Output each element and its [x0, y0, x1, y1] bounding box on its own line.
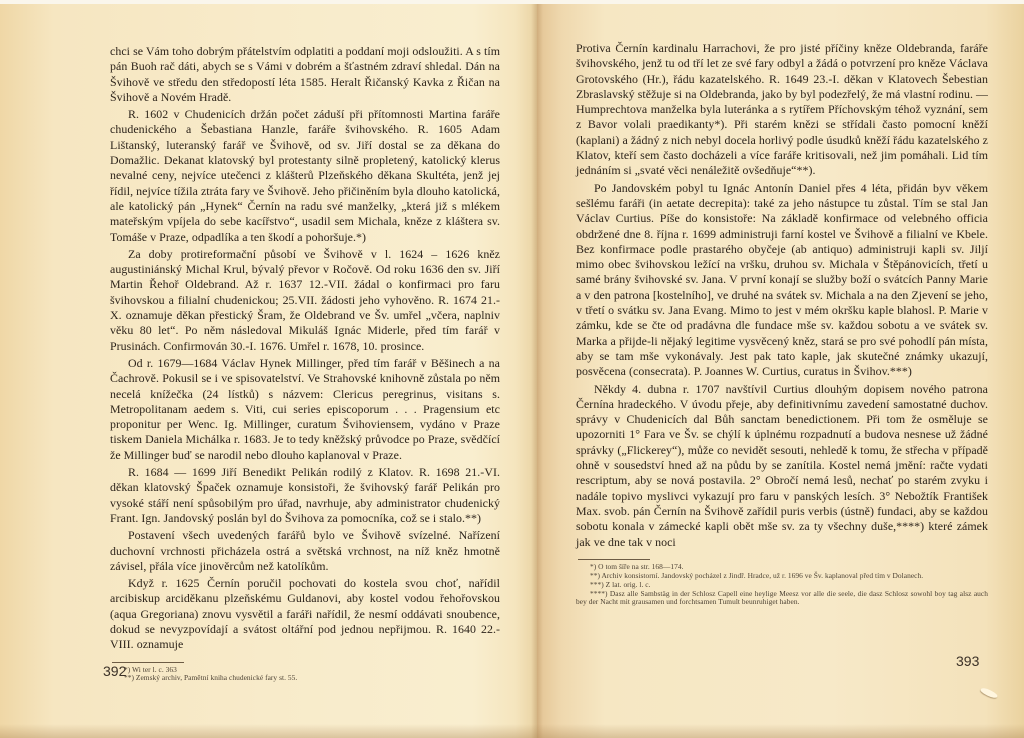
- footnotes: *) Wi ter l. c. 363 **) Zemský archiv, P…: [110, 666, 500, 684]
- right-page-text: Protiva Černín kardinalu Harrachovi, že …: [576, 41, 988, 607]
- paragraph: Když r. 1625 Černín poručil pochovati do…: [110, 576, 500, 652]
- right-page: Protiva Černín kardinalu Harrachovi, že …: [537, 4, 1024, 738]
- page-number: 393: [956, 653, 979, 669]
- left-page: chci se Vám toho dobrým přátelstvím odpl…: [0, 4, 537, 738]
- footnote: ****) Dasz alle Sambstäg in der Schlosz …: [576, 590, 988, 608]
- paragraph: Po Jandovském pobyl tu Ignác Antonín Dan…: [576, 181, 988, 380]
- paragraph: Postavení všech uvedených farářů bylo ve…: [110, 528, 500, 574]
- left-page-text: chci se Vám toho dobrým přátelstvím odpl…: [110, 44, 500, 683]
- footnote: **) Zemský archiv, Pamětní kniha chudeni…: [110, 674, 500, 683]
- paragraph: R. 1602 v Chudenicích držán počet záduší…: [110, 107, 500, 245]
- page-number: 392: [103, 663, 126, 679]
- paragraph: chci se Vám toho dobrým přátelstvím odpl…: [110, 44, 500, 105]
- footnotes: *) O tom šíře na str. 168—174. **) Archi…: [576, 563, 988, 608]
- footnote-divider: [578, 559, 650, 560]
- scan-bottom-shadow: [0, 724, 1024, 738]
- paragraph: Od r. 1679—1684 Václav Hynek Millinger, …: [110, 356, 500, 463]
- paragraph: R. 1684 — 1699 Jiří Benedikt Pelikán rod…: [110, 465, 500, 526]
- paragraph: Za doby protireformační působí ve Švihov…: [110, 247, 500, 354]
- book-spine-shadow: [531, 4, 543, 738]
- paragraph: Někdy 4. dubna r. 1707 navštívil Curtius…: [576, 382, 988, 550]
- paragraph: Protiva Černín kardinalu Harrachovi, že …: [576, 41, 988, 179]
